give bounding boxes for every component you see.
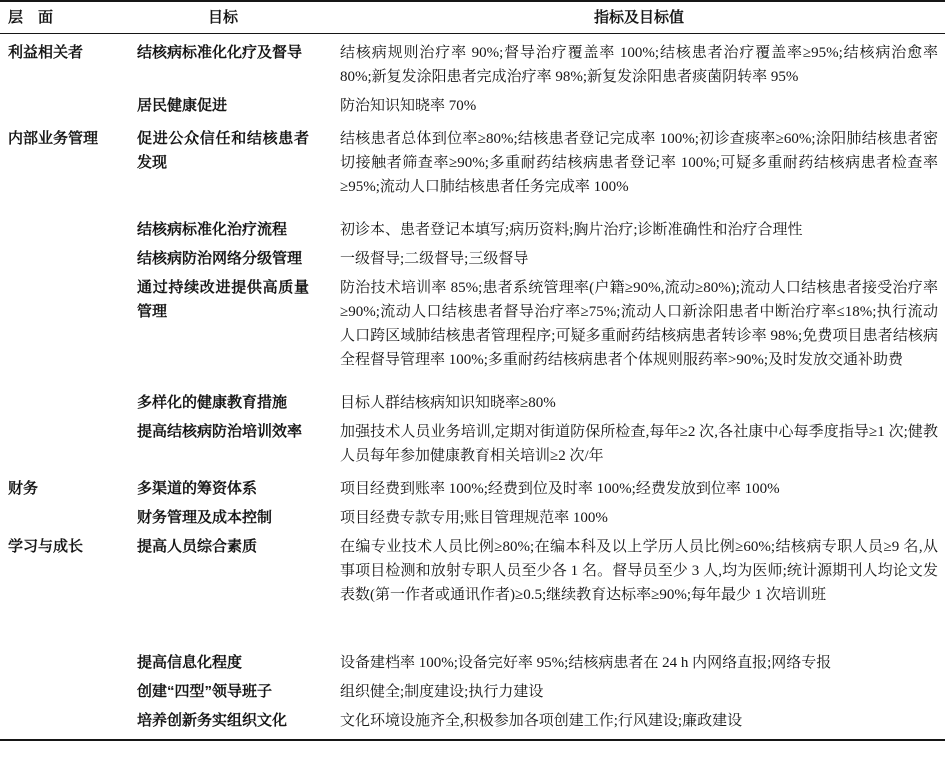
row-indicators-cell: 项目经费专款专用;账目管理规范率 100% xyxy=(340,506,945,530)
row-level-cell: 财务 xyxy=(0,477,137,501)
row-objective-cell: 结核病标准化化疗及督导 xyxy=(137,41,340,65)
row-indicators-cell: 初诊本、患者登记本填写;病历资料;胸片治疗;诊断准确性和治疗合理性 xyxy=(340,218,945,242)
table-row: 多样化的健康教育措施 目标人群结核病知识知晓率≥80% xyxy=(0,391,945,415)
row-indicators-cell: 在编专业技术人员比例≥80%;在编本科及以上学历人员比例≥60%;结核病专职人员… xyxy=(340,535,945,607)
table-row: 结核病标准化治疗流程 初诊本、患者登记本填写;病历资料;胸片治疗;诊断准确性和治… xyxy=(0,218,945,242)
table-row: 提高信息化程度 设备建档率 100%;设备完好率 95%;结核病患者在 24 h… xyxy=(0,651,945,675)
table-row: 创建“四型”领导班子 组织健全;制度建设;执行力建设 xyxy=(0,680,945,704)
row-objective-cell: 多渠道的筹资体系 xyxy=(137,477,340,501)
row-objective-cell: 提高结核病防治培训效率 xyxy=(137,420,340,444)
row-indicators-cell: 加强技术人员业务培训,定期对街道防保所检查,每年≥2 次,各社康中心每季度指导≥… xyxy=(340,420,945,468)
header-objective: 目标 xyxy=(137,6,340,30)
row-objective-cell: 财务管理及成本控制 xyxy=(137,506,340,530)
row-indicators-cell: 结核患者总体到位率≥80%;结核患者登记完成率 100%;初诊查痰率≥60%;涂… xyxy=(340,127,945,199)
balanced-scorecard-table: 层 面 目标 指标及目标值 利益相关者 结核病标准化化疗及督导 结核病规则治疗率… xyxy=(0,0,945,741)
row-level-cell: 利益相关者 xyxy=(0,41,137,65)
row-objective-cell: 培养创新务实组织文化 xyxy=(137,709,340,733)
row-objective-cell: 结核病标准化治疗流程 xyxy=(137,218,340,242)
row-indicators-cell: 一级督导;二级督导;三级督导 xyxy=(340,247,945,271)
table-row: 内部业务管理 促进公众信任和结核患者发现 结核患者总体到位率≥80%;结核患者登… xyxy=(0,127,945,199)
row-indicators-cell: 目标人群结核病知识知晓率≥80% xyxy=(340,391,945,415)
table-body: 利益相关者 结核病标准化化疗及督导 结核病规则治疗率 90%;督导治疗覆盖率 1… xyxy=(0,34,945,739)
table-row: 财务管理及成本控制 项目经费专款专用;账目管理规范率 100% xyxy=(0,506,945,530)
table-row: 学习与成长 提高人员综合素质 在编专业技术人员比例≥80%;在编本科及以上学历人… xyxy=(0,535,945,607)
row-level-cell: 内部业务管理 xyxy=(0,127,137,151)
row-objective-cell: 居民健康促进 xyxy=(137,94,340,118)
row-objective-cell: 促进公众信任和结核患者发现 xyxy=(137,127,340,175)
table-row: 结核病防治网络分级管理 一级督导;二级督导;三级督导 xyxy=(0,247,945,271)
row-indicators-cell: 结核病规则治疗率 90%;督导治疗覆盖率 100%;结核患者治疗覆盖率≥95%;… xyxy=(340,41,945,89)
header-level: 层 面 xyxy=(0,6,137,30)
table-row: 提高结核病防治培训效率 加强技术人员业务培训,定期对街道防保所检查,每年≥2 次… xyxy=(0,420,945,468)
row-indicators-cell: 设备建档率 100%;设备完好率 95%;结核病患者在 24 h 内网络直报;网… xyxy=(340,651,945,675)
row-indicators-cell: 文化环境设施齐全,积极参加各项创建工作;行风建设;廉政建设 xyxy=(340,709,945,733)
table-row: 通过持续改进提供高质量管理 防治技术培训率 85%;患者系统管理率(户籍≥90%… xyxy=(0,276,945,372)
table-header-row: 层 面 目标 指标及目标值 xyxy=(0,2,945,34)
row-indicators-cell: 项目经费到账率 100%;经费到位及时率 100%;经费发放到位率 100% xyxy=(340,477,945,501)
table-row: 利益相关者 结核病标准化化疗及督导 结核病规则治疗率 90%;督导治疗覆盖率 1… xyxy=(0,41,945,89)
row-objective-cell: 多样化的健康教育措施 xyxy=(137,391,340,415)
table-row: 财务 多渠道的筹资体系 项目经费到账率 100%;经费到位及时率 100%;经费… xyxy=(0,477,945,501)
row-level-cell: 学习与成长 xyxy=(0,535,137,559)
row-objective-cell: 创建“四型”领导班子 xyxy=(137,680,340,704)
row-indicators-cell: 组织健全;制度建设;执行力建设 xyxy=(340,680,945,704)
row-objective-cell: 提高信息化程度 xyxy=(137,651,340,675)
row-indicators-cell: 防治技术培训率 85%;患者系统管理率(户籍≥90%,流动≥80%);流动人口结… xyxy=(340,276,945,372)
row-objective-cell: 提高人员综合素质 xyxy=(137,535,340,559)
row-indicators-cell: 防治知识知晓率 70% xyxy=(340,94,945,118)
row-objective-cell: 结核病防治网络分级管理 xyxy=(137,247,340,271)
table-row: 居民健康促进 防治知识知晓率 70% xyxy=(0,94,945,118)
header-indicators: 指标及目标值 xyxy=(340,6,945,30)
row-objective-cell: 通过持续改进提供高质量管理 xyxy=(137,276,340,324)
table-row: 培养创新务实组织文化 文化环境设施齐全,积极参加各项创建工作;行风建设;廉政建设 xyxy=(0,709,945,733)
